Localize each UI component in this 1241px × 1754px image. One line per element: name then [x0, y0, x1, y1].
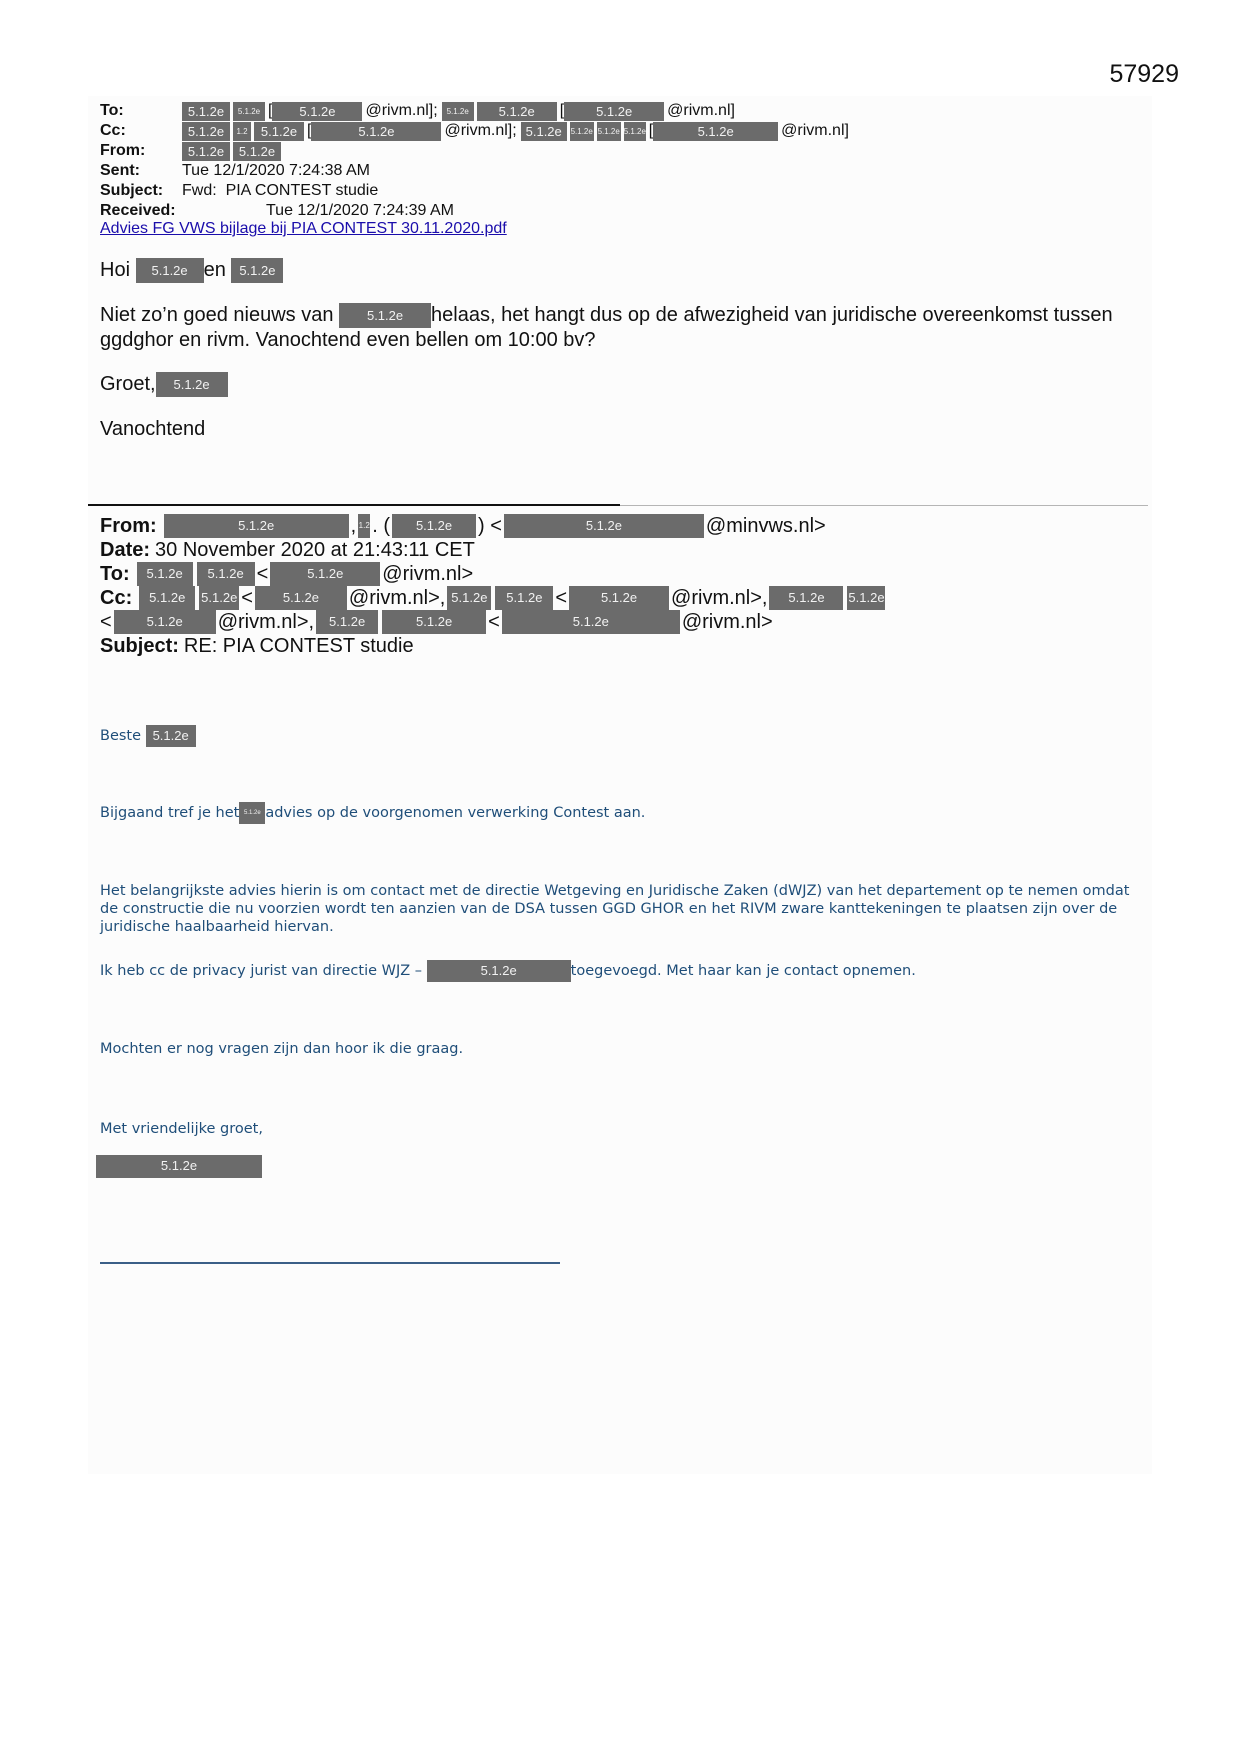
redaction: 5.1.2e — [231, 258, 283, 283]
redaction: 5.1.2e — [570, 122, 594, 141]
redaction: 5.1.2e — [521, 122, 567, 141]
redaction: 5.1.2e — [270, 562, 380, 586]
lt: < — [555, 586, 567, 610]
from-row: From: 5.1.2e, 1.2. (5.1.2e) <5.1.2e@minv… — [100, 514, 887, 538]
closing-text: Groet, — [100, 373, 156, 395]
cc-label: Cc: — [100, 121, 182, 141]
redaction: 5.1.2e — [272, 102, 362, 121]
redaction: 5.1.2e — [653, 122, 778, 141]
redaction: 5.1.2e — [447, 586, 491, 610]
to-row: To: 5.1.2e 5.1.2e[5.1.2e @rivm.nl]; 5.1.… — [100, 101, 849, 121]
sent-label: Sent: — [100, 161, 182, 181]
quoted-email-header: From: 5.1.2e, 1.2. (5.1.2e) <5.1.2e@minv… — [100, 514, 887, 658]
redaction: 5.1.2e — [164, 514, 349, 538]
subject-value: RE: PIA CONTEST studie — [184, 634, 414, 658]
redaction: 5.1.2e — [624, 122, 646, 141]
close-paren: ) < — [478, 514, 502, 538]
received-value: Tue 12/1/2020 7:24:39 AM — [266, 201, 454, 221]
redaction: 5.1.2e — [182, 122, 230, 141]
separator-line — [620, 505, 1148, 506]
dot-paren: . ( — [372, 514, 390, 538]
cc-domain: @rivm.nl] — [781, 121, 849, 141]
redaction: 5.1.2e — [182, 102, 230, 121]
redaction: 5.1.2e — [392, 514, 476, 538]
to-label: To: — [100, 562, 130, 586]
from-row: From: 5.1.2e 5.1.2e — [100, 141, 849, 161]
redaction: 5.1.2e — [233, 142, 281, 161]
redaction: 5.1.2e — [239, 802, 265, 824]
redaction: 5.1.2e — [847, 586, 885, 610]
body-paragraph: Bijgaand tref je het5.1.2eadvies op de v… — [100, 802, 1130, 824]
to-domain: @rivm.nl]; — [365, 101, 437, 121]
subject-label: Subject: — [100, 181, 182, 201]
to-domain: @rivm.nl] — [667, 101, 735, 121]
from-domain: @minvws.nl> — [706, 514, 826, 538]
greeting-text: Hoi — [100, 259, 130, 281]
separator-line — [88, 504, 620, 506]
lt: < — [241, 586, 253, 610]
page-number: 57929 — [1109, 60, 1179, 89]
redaction: 5.1.2e — [197, 562, 255, 586]
redaction: 5.1.2e — [569, 586, 669, 610]
cc-row-continued: <5.1.2e@rivm.nl>, 5.1.2e 5.1.2e <5.1.2e@… — [100, 610, 887, 634]
paragraph-text: advies op de voorgenomen verwerking Cont… — [265, 805, 645, 821]
redaction: 5.1.2e — [139, 586, 195, 610]
redaction: 5.1.2e — [502, 610, 680, 634]
cc-domain: @rivm.nl>, — [671, 586, 767, 610]
salutation-text: Beste — [100, 728, 141, 744]
outer-email-header: To: 5.1.2e 5.1.2e[5.1.2e @rivm.nl]; 5.1.… — [100, 101, 849, 221]
subject-label: Subject: — [100, 634, 179, 658]
cc-domain: @rivm.nl>, — [218, 610, 314, 634]
redaction: 1.2 — [358, 514, 370, 538]
paragraph-text: toegevoegd. Met haar kan je contact opne… — [571, 963, 916, 979]
subject-row: Subject: RE: PIA CONTEST studie — [100, 634, 887, 658]
received-row: Received: Tue 12/1/2020 7:24:39 AM — [100, 201, 849, 221]
cc-domain: @rivm.nl> — [682, 610, 773, 634]
redaction: 5.1.2e — [442, 102, 474, 121]
redaction: 5.1.2e — [427, 960, 571, 982]
body-paragraph: Ik heb cc de privacy jurist van directie… — [100, 960, 1130, 982]
sent-row: Sent: Tue 12/1/2020 7:24:38 AM — [100, 161, 849, 181]
redaction: 5.1.2e — [114, 610, 216, 634]
attachment-link[interactable]: Advies FG VWS bijlage bij PIA CONTEST 30… — [100, 220, 507, 238]
from-label: From: — [100, 141, 182, 161]
redaction: 5.1.2e — [199, 586, 239, 610]
lt: < — [100, 610, 112, 634]
redaction: 5.1.2e — [339, 303, 431, 328]
received-label: Received: — [100, 201, 266, 221]
sent-value: Tue 12/1/2020 7:24:38 AM — [182, 161, 370, 181]
paragraph-text: Bijgaand tref je het — [100, 805, 239, 821]
subject-value: Fwd: PIA CONTEST studie — [182, 181, 378, 201]
redaction: 5.1.2e — [382, 610, 486, 634]
redaction: 5.1.2e — [504, 514, 704, 538]
redaction: 5.1.2e — [564, 102, 664, 121]
from-label: From: — [100, 514, 157, 538]
redaction: 5.1.2e — [769, 586, 843, 610]
greeting-join: en — [204, 259, 226, 281]
to-row: To: 5.1.2e 5.1.2e <5.1.2e@rivm.nl> — [100, 562, 887, 586]
to-domain: @rivm.nl> — [382, 562, 473, 586]
signature: 5.1.2e — [96, 1155, 1126, 1178]
cc-row: Cc: 5.1.2e 1.2 5.1.2e[5.1.2e @rivm.nl]; … — [100, 121, 849, 141]
lt: < — [257, 562, 269, 586]
cc-domain: @rivm.nl]; — [444, 121, 516, 141]
body-paragraph: Het belangrijkste advies hierin is om co… — [100, 882, 1130, 936]
redaction: 5.1.2e — [597, 122, 621, 141]
redaction: 5.1.2e — [316, 610, 378, 634]
salutation: Beste 5.1.2e — [100, 725, 1130, 747]
redaction: 5.1.2e — [182, 142, 230, 161]
comma: , — [351, 514, 357, 538]
redaction: 5.1.2e — [137, 562, 193, 586]
paragraph-text: Niet zo’n goed nieuws van — [100, 304, 333, 326]
cc-label: Cc: — [100, 586, 132, 610]
redaction: 5.1.2e — [146, 725, 196, 747]
redaction: 5.1.2e — [477, 102, 557, 121]
trailing-text: Vanochtend — [100, 417, 1120, 441]
body-paragraph: Mochten er nog vragen zijn dan hoor ik d… — [100, 1040, 1130, 1058]
date-row: Date: 30 November 2020 at 21:43:11 CET — [100, 538, 887, 562]
to-label: To: — [100, 101, 182, 121]
date-label: Date: — [100, 538, 150, 562]
redaction: 5.1.2e — [233, 102, 265, 121]
redaction: 5.1.2e — [156, 372, 228, 397]
redaction: 1.2 — [233, 122, 251, 141]
redaction: 5.1.2e — [254, 122, 304, 141]
date-value: 30 November 2020 at 21:43:11 CET — [155, 538, 475, 562]
greeting: Hoi 5.1.2een 5.1.2e — [100, 258, 1120, 283]
closing: Met vriendelijke groet, — [100, 1120, 1130, 1138]
cc-domain: @rivm.nl>, — [349, 586, 445, 610]
paragraph-text: Ik heb cc de privacy jurist van directie… — [100, 963, 422, 979]
cc-row: Cc: 5.1.2e 5.1.2e <5.1.2e@rivm.nl>, 5.1.… — [100, 586, 887, 610]
lt: < — [488, 610, 500, 634]
signature-separator — [100, 1262, 560, 1264]
closing: Groet,5.1.2e — [100, 372, 1120, 397]
redaction: 5.1.2e — [311, 122, 441, 141]
body-paragraph: Niet zo’n goed nieuws van 5.1.2ehelaas, … — [100, 303, 1120, 352]
redaction: 5.1.2e — [136, 258, 204, 283]
redaction: 5.1.2e — [96, 1155, 262, 1178]
subject-row: Subject: Fwd: PIA CONTEST studie — [100, 181, 849, 201]
redaction: 5.1.2e — [255, 586, 347, 610]
redaction: 5.1.2e — [495, 586, 553, 610]
outer-email-body: Hoi 5.1.2een 5.1.2e Niet zo’n goed nieuw… — [100, 258, 1120, 441]
